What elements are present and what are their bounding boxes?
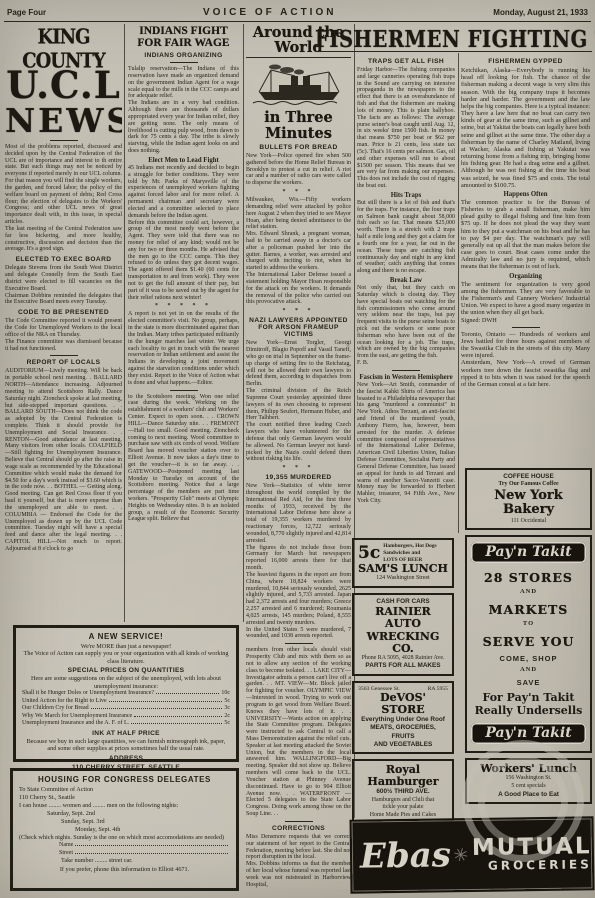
pt-line-stores: 28 STORES — [471, 570, 586, 585]
dotted-leader — [134, 716, 222, 717]
pamphlet-row: Shall it be Hunger Doles or Unemployment… — [22, 690, 230, 698]
indians-headline-line1: INDIANS FIGHT — [128, 25, 239, 37]
pt-line-and2: AND — [471, 666, 586, 673]
workers-lunch-ad: Workers' Lunch 156 Washington St. 5 cent… — [465, 758, 592, 804]
king-county-column: KING COUNTY U.C.L NEWS Most of the probl… — [5, 25, 122, 622]
payn-takit-logo-bottom: Pay'n Takit — [471, 723, 586, 744]
ink-heading: INK AT HALF PRICE — [22, 730, 230, 737]
briefs-divider — [512, 327, 540, 328]
nazi-heading-line2: FOR ARSON FRAMEUP VICTIMS — [246, 324, 351, 338]
housing-box-title: HOUSING FOR CONGRESS DELEGATES — [19, 775, 230, 784]
fishermen-banner-headline: FISHERMEN FIGHTING TRAPS — [315, 26, 592, 53]
dotted-leader — [109, 701, 223, 702]
news-item-shrank: Mrs. Edward Shrank, a pregnant woman, ha… — [246, 231, 351, 272]
fishermen-left-column: TRAPS GET ALL FISH Friday Harbor—The fis… — [357, 55, 455, 536]
royal-line-3: Home Made Pies and Cakes — [358, 812, 448, 820]
hits-traps-body: But still there is a lot of fish and tha… — [357, 200, 455, 275]
pt-line-and1: AND — [471, 588, 586, 595]
corrections-body: Miss Densmore requests that we correct o… — [246, 834, 351, 889]
pamphlet-title: Our Children Cry for Bread — [22, 705, 89, 713]
murdered-heading: 19,355 MURDERED — [246, 474, 351, 481]
pt-line-come-shop: COME, SHOP — [471, 654, 586, 663]
pamphlet-row: Our Children Cry for Bread3c — [22, 705, 230, 713]
fishermen-banner-rule — [315, 51, 592, 52]
break-law-body: Not only that, but they catch on Saturda… — [357, 285, 455, 367]
pamphlet-price: 2c — [224, 713, 230, 721]
nazi-body: New York—Ernst Torgler, Georgi Dimitroff… — [246, 340, 351, 463]
ebas-mutual-groceries-ad: Ebas ✳ MUTUAL GROCERIES — [352, 818, 593, 891]
gypped-subhead: FISHERMEN GYPPED — [461, 58, 590, 65]
dotted-leader — [156, 693, 219, 694]
stars-separator: * * * — [246, 189, 351, 195]
three-minutes-title: in Three Minutes — [246, 110, 351, 140]
housing-sentence: I can house ........ women and ........ … — [19, 802, 230, 810]
ebas-ornament: ✳ — [451, 843, 471, 867]
sams-price: 5c — [358, 543, 380, 563]
housing-streetcar-line: Take number ........ street car. — [61, 857, 230, 865]
ink-body: Because we buy in such large quantities,… — [22, 738, 230, 753]
sams-top-row: 5c Hamburgers, Hot Dogs Sandwiches and L… — [358, 543, 448, 563]
workers-lunch-line2: A Good Place to Eat — [471, 791, 586, 799]
stars-separator: * * * * * — [128, 303, 239, 309]
housing-name-field: Name — [59, 842, 230, 850]
devos-line-3: AND VEGETABLES — [358, 741, 448, 749]
pamphlet-row: Unemployment Insurance and the A. F. of … — [22, 720, 230, 728]
bakery-coffee-house: COFFEE HOUSE — [471, 473, 586, 481]
dotted-leader — [131, 723, 222, 724]
housing-street-field: Street — [59, 850, 230, 858]
pt-line-to: TO — [471, 620, 586, 627]
page-number: Page Four — [7, 8, 46, 17]
stars-separator: * * * — [246, 465, 351, 471]
service-box-title: A NEW SERVICE! — [22, 632, 230, 641]
pamphlet-title: Unemployment Insurance and the A. F. of … — [22, 720, 129, 728]
pamphlet-price: 5c — [224, 720, 230, 728]
column-rule-1 — [124, 24, 125, 622]
pamphlet-price: 3c — [224, 705, 230, 713]
royal-line-1: Hamburgers and Chili that — [358, 797, 448, 805]
rainier-bottom: PARTS FOR ALL MAKES — [358, 662, 448, 670]
bakery-address: 111 Occidental — [471, 518, 586, 526]
pt-line-markets: MARKETS — [471, 602, 586, 617]
organizing-heading: Organizing — [461, 273, 590, 280]
housing-phone-line: If you prefer, phone this information to… — [19, 866, 230, 874]
housing-to-line1: To State Committee of Action — [19, 786, 230, 794]
service-line-1: We're MORE than just a newspaper! — [22, 643, 230, 650]
indians-divider — [170, 62, 198, 63]
pamphlet-price: 5c — [224, 698, 230, 706]
nazi-heading-line1: NAZI LAWYERS APPOINTED — [246, 317, 351, 324]
pt-line-save: SAVE — [471, 678, 586, 687]
news-item-brooklyn: New York—Police opened fire when 500 gat… — [246, 153, 351, 187]
fishermen-right-column: FISHERMEN GYPPED Ketchikan, Alaska—Every… — [461, 55, 590, 466]
king-county-kicker: KING COUNTY — [5, 25, 122, 73]
indians-column: INDIANS FIGHT FOR FAIR WAGE INDIANS ORGA… — [128, 25, 239, 622]
pt-line-for: For Pay'n Takit — [471, 691, 586, 704]
sams-tagline-1: Hamburgers, Hot Dogs — [383, 543, 448, 550]
service-line-2: The Voice of Action can supply you or yo… — [22, 650, 230, 665]
bullets-heading: BULLETS FOR BREAD — [246, 144, 351, 151]
literature-service-box: A NEW SERVICE! We're MORE than just a ne… — [13, 625, 239, 762]
devos-phone: RA 5955 — [428, 686, 448, 692]
news-item-milwaukee: Milwaukee, Wis.—Fifty workers demanding … — [246, 197, 351, 231]
pamphlet-price: 10c — [221, 690, 230, 698]
corrections-divider — [285, 821, 313, 822]
paper-title: VOICE OF ACTION — [203, 7, 337, 18]
payn-takit-ad: Pay'n Takit 28 STORES AND MARKETS TO SER… — [465, 535, 592, 753]
street-blank-line — [75, 853, 228, 854]
section-body-code: The Code Committee reported it would pre… — [5, 318, 122, 352]
sams-tagline-2: Sandwiches and — [383, 550, 448, 557]
column-rule-2 — [243, 24, 244, 622]
name-label: Name — [59, 842, 73, 850]
ebas-script-logo: Ebas — [360, 838, 451, 873]
stars-separator: * * * — [246, 308, 351, 314]
housing-night-sunday: Sunday, Sept. 3rd — [61, 818, 230, 826]
pamphlet-title: Shall it be Hunger Doles or Unemployment… — [22, 690, 154, 698]
housing-note: (Check which nights. Sunday is the one o… — [19, 834, 230, 842]
elect-men-body: 45 Indians met recently and decided to b… — [128, 165, 239, 302]
indians-divider-2 — [170, 390, 198, 391]
housing-night-saturday: Saturday, Sept. 2nd — [47, 810, 230, 818]
locals-continued-col3: members from other locals should visit P… — [246, 647, 351, 818]
section-body-locals: AUDITORIUM—Lively meeting. Will be back … — [5, 368, 122, 552]
royal-hamburger-ad: Royal Hamburger 600½ THIRD AVE. Hamburge… — [352, 759, 454, 825]
corrections-heading: CORRECTIONS — [246, 825, 351, 832]
news-headline: NEWS — [5, 104, 122, 137]
traps-body: Friday Harbor—The fishing companies and … — [357, 67, 455, 190]
housing-night-monday: Monday, Sept. 4th — [75, 826, 230, 834]
sams-name: SAM'S LUNCH — [358, 563, 448, 575]
workers-lunch-address: 156 Washington St. — [471, 775, 586, 783]
section-divider — [50, 355, 78, 356]
bakery-name: New York Bakery — [471, 489, 586, 518]
workers-lunch-line1: 5 cent specials — [471, 783, 586, 791]
world-briefs: Toronto, Ontario — Hundreds of workers a… — [461, 331, 590, 388]
indians-body: Tulalip reservation—The Indians of this … — [128, 66, 239, 155]
break-law-heading: Break Law — [357, 277, 455, 284]
housing-coupon-box: HOUSING FOR CONGRESS DELEGATES To State … — [10, 768, 239, 891]
newspaper-page: Page Four VOICE OF ACTION Monday, August… — [0, 0, 595, 898]
happens-often-heading: Happens Often — [461, 191, 590, 198]
ucl-intro-text: Most of the problems reported, discussed… — [5, 144, 122, 253]
masthead: Page Four VOICE OF ACTION Monday, August… — [7, 7, 588, 18]
workers-lunch-name: Workers' Lunch — [471, 763, 586, 775]
ebas-mutual-text: MUTUAL — [472, 835, 592, 860]
editor-note: A report is not yet in on the results of… — [128, 311, 239, 386]
news-item-ild: The International Labor Defense issued a… — [246, 272, 351, 306]
column-rule-4 — [458, 53, 459, 533]
new-york-bakery-ad: COFFEE HOUSE Try Our Famous Coffee New Y… — [465, 468, 592, 530]
pt-line-undersells: Really Undersells — [471, 704, 586, 717]
rainier-wrecking-ad: CASH FOR CARS RAINIER AUTO WRECKING CO. … — [352, 593, 454, 676]
payn-takit-logo-top: Pay'n Takit — [471, 542, 586, 563]
around-world-column: Around the World in — [246, 25, 351, 894]
section-heading-code: CODE TO BE PRESENTED — [5, 309, 122, 316]
murdered-body: New York—Statistics of white terror thro… — [246, 483, 351, 640]
devos-name: DeVOS' STORE — [358, 692, 448, 716]
locals-continued-col2: to the Scottsboro meeting. Won one relie… — [128, 394, 239, 524]
steamship-illustration — [249, 60, 349, 108]
special-prices-heading: SPECIAL PRICES ON QUANTITIES — [22, 667, 230, 674]
issue-date: Monday, August 21, 1933 — [493, 8, 588, 17]
devos-line-1: Everything Under One Roof — [358, 716, 448, 724]
service-line-3: Here are some suggestions on the subject… — [22, 675, 230, 690]
masthead-rule — [4, 21, 591, 22]
headline-ornament — [50, 140, 78, 141]
indians-subhead: INDIANS ORGANIZING — [128, 52, 239, 59]
housing-to-line2: 110 Cherry St., Seattle — [19, 794, 230, 802]
devos-store-ad: 3563 Genessee St. RA 5955 DeVOS' STORE E… — [352, 681, 454, 755]
devos-line-2: MEATS, GROCERIES, FRUITS — [358, 724, 448, 741]
fascism-heading: Fascism in Western Hemisphere — [357, 374, 455, 381]
section-body-elected: Delegate Stevens from the South West Dis… — [5, 265, 122, 306]
ad-stack-right: COFFEE HOUSE Try Our Famous Coffee New Y… — [465, 468, 592, 809]
rainier-name-line2: WRECKING CO. — [358, 631, 448, 655]
section-heading-locals: REPORT OF LOCALS — [5, 359, 122, 366]
fascism-body: New York—Art Smith, commander of the fas… — [357, 382, 455, 505]
rainier-name-line1: RAINIER AUTO — [358, 606, 448, 630]
ebas-wordmark: MUTUAL GROCERIES — [472, 835, 592, 873]
hits-traps-heading: Hits Traps — [357, 192, 455, 199]
ebas-groceries-text: GROCERIES — [472, 858, 592, 873]
sams-lunch-ad: 5c Hamburgers, Hot Dogs Sandwiches and L… — [352, 538, 454, 588]
rainier-phone: Phone RA 5095, 4028 Rainier Ave. — [358, 655, 448, 663]
col3-divider — [285, 643, 313, 644]
royal-name: Royal Hamburger — [358, 764, 448, 788]
royal-line-2: tickle your palate — [358, 804, 448, 812]
dotted-leader — [91, 708, 223, 709]
street-label: Street — [59, 850, 73, 858]
fascism-divider — [392, 370, 420, 371]
elect-men-heading: Elect Men to Lead Fight — [128, 157, 239, 164]
happens-often-body: The common practice is for the Bureau of… — [461, 199, 590, 271]
indians-headline-line2: FOR FAIR WAGE — [128, 37, 239, 49]
name-blank-line — [75, 845, 228, 846]
section-heading-elected: ELECTED TO EXEC BOARD — [5, 256, 122, 263]
pt-line-serve: SERVE YOU — [471, 634, 586, 649]
sams-taglines: Hamburgers, Hot Dogs Sandwiches and LOTS… — [383, 543, 448, 563]
royal-address: 600½ THIRD AVE. — [358, 788, 448, 796]
gypped-body: Ketchikan, Alaska—Everybody is running h… — [461, 67, 590, 189]
sams-address: 124 Washington Street — [358, 575, 448, 583]
address-label: ADDRESS — [22, 755, 230, 762]
traps-subhead: TRAPS GET ALL FISH — [357, 58, 455, 65]
organizing-body: The sentiment for organization is very g… — [461, 281, 590, 324]
